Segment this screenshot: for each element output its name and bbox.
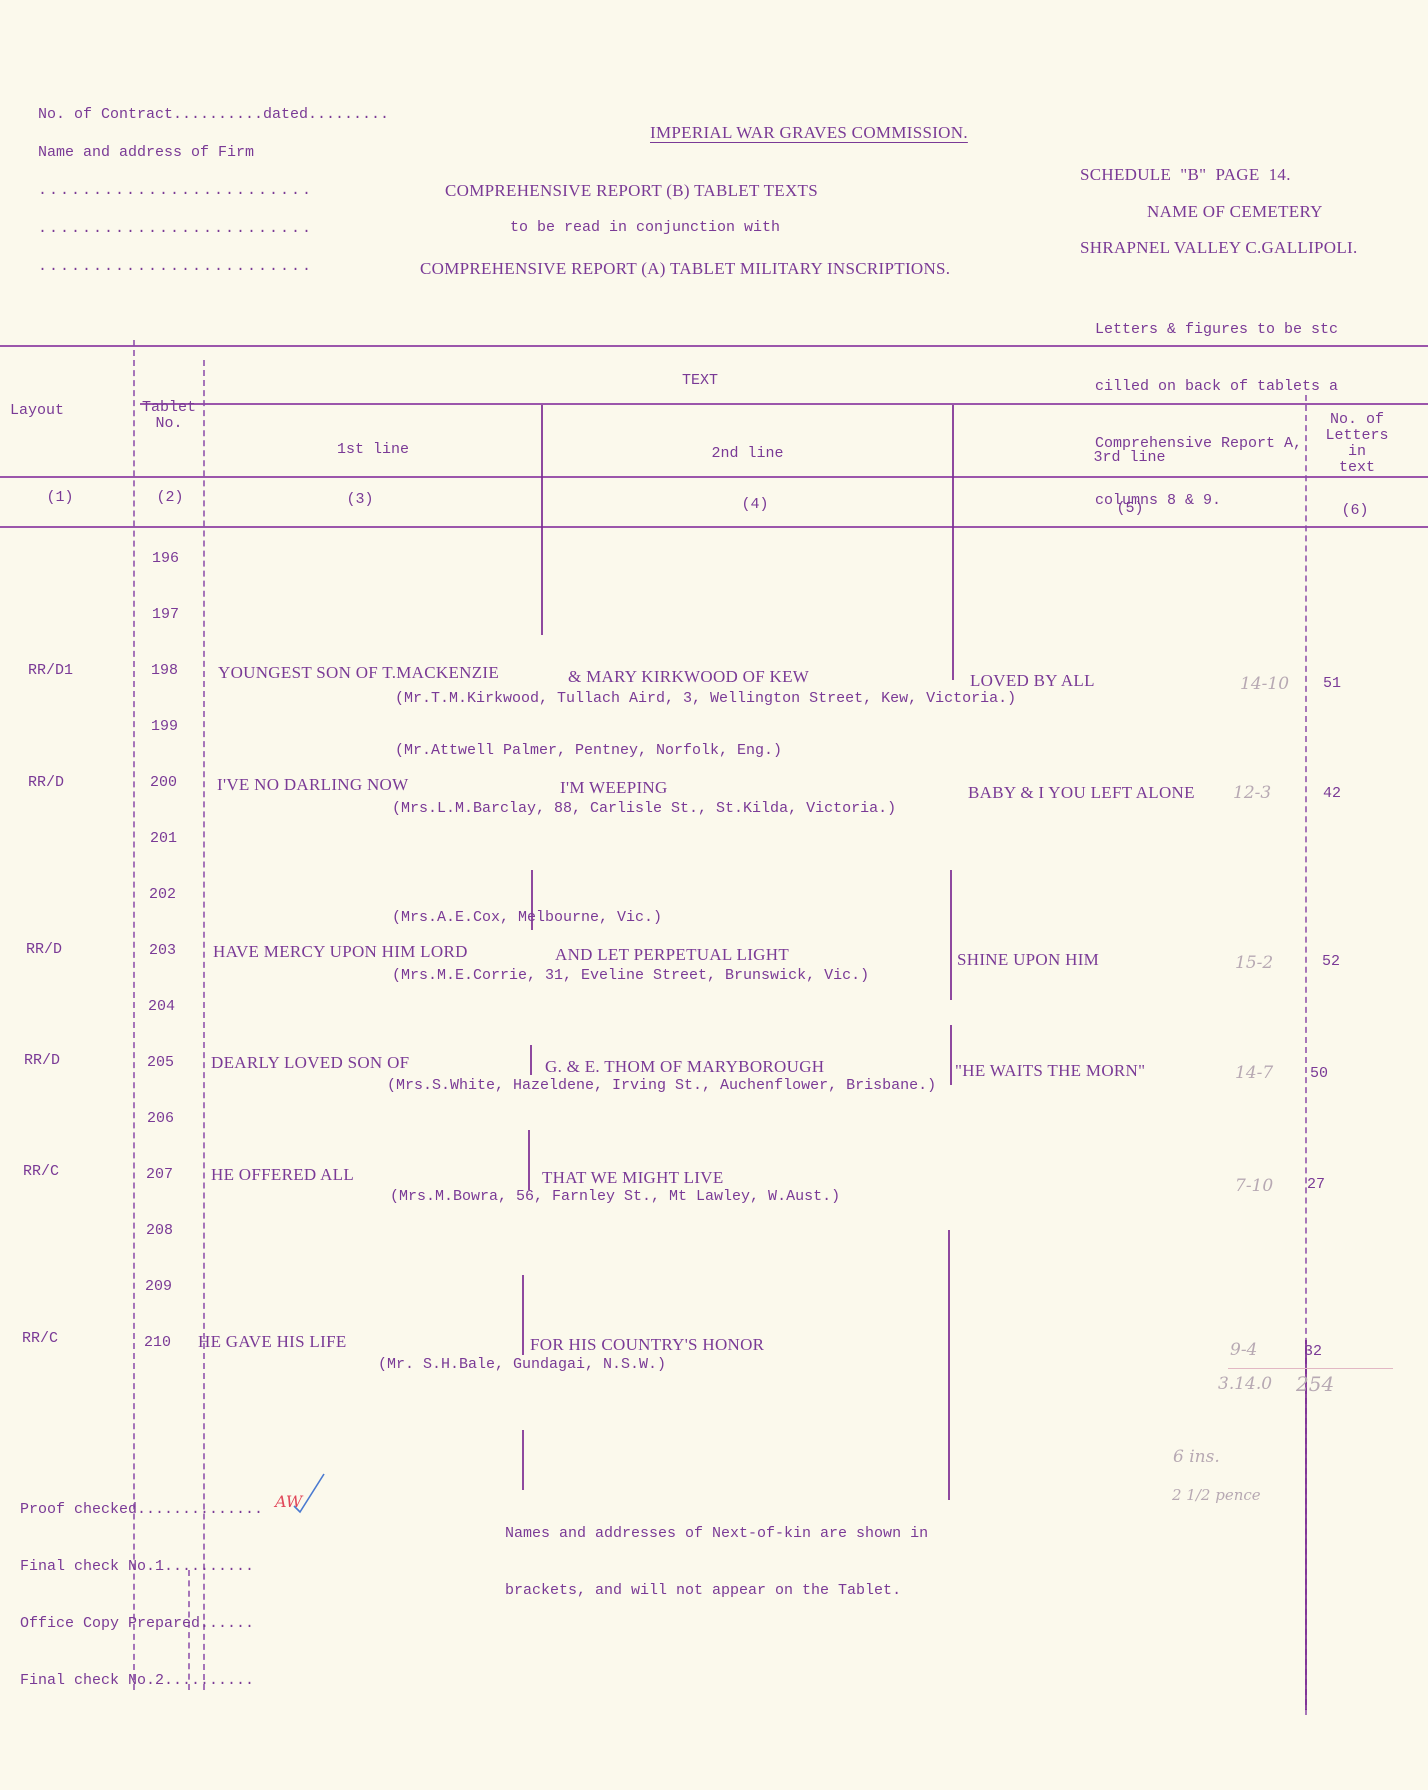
divider-segment [530, 1045, 532, 1075]
entry-letters: 27 [1307, 1176, 1325, 1193]
tablet-number: 200 [150, 774, 177, 791]
column-number-4: (4) [715, 496, 795, 513]
entry-layout: RR/C [22, 1330, 58, 1347]
entry-next-of-kin: (Mrs.M.Bowra, 56, Farnley St., Mt Lawley… [390, 1188, 840, 1205]
check-list: Proof checked.............. Final check … [20, 1462, 263, 1709]
column-header-letters: No. of Letters in text [1307, 412, 1407, 476]
entry-line2: G. & E. THOM OF MARYBOROUGH [545, 1057, 824, 1077]
entry-line1: HAVE MERCY UPON HIM LORD [213, 942, 468, 962]
final-check-2-field: Final check No.2.......... [20, 1671, 263, 1690]
column-header-line1: 1st line [205, 441, 541, 458]
tablet-number: 206 [147, 1110, 174, 1127]
tablet-number: 210 [144, 1334, 171, 1351]
entry-next-of-kin: (Mrs.A.E.Cox, Melbourne, Vic.) [392, 909, 662, 926]
tablet-number: 204 [148, 998, 175, 1015]
column-header-line3: 3rd line [954, 449, 1305, 466]
entry-pencil-note: 9-4 [1230, 1340, 1257, 1360]
report-a-title: COMPREHENSIVE REPORT (A) TABLET MILITARY… [420, 259, 950, 279]
tablet-number: 205 [147, 1054, 174, 1071]
entry-line1: HE OFFERED ALL [211, 1165, 354, 1185]
entry-next-of-kin: (Mrs.M.E.Corrie, 31, Eveline Street, Bru… [392, 967, 869, 984]
entry-letters: 50 [1310, 1065, 1328, 1082]
divider-segment [522, 1275, 524, 1355]
entry-next-of-kin: (Mr. S.H.Bale, Gundagai, N.S.W.) [378, 1356, 666, 1373]
entry-line2: & MARY KIRKWOOD OF KEW [568, 667, 809, 687]
tablet-number: 196 [152, 550, 179, 567]
entry-line3: BABY & I YOU LEFT ALONE [968, 783, 1195, 803]
schedule-page: SCHEDULE "B" PAGE 14. [1080, 165, 1291, 185]
pencil-total: 3.14.0 [1218, 1374, 1272, 1394]
office-copy-field: Office Copy Prepared...... [20, 1614, 263, 1633]
column-number-2: (2) [140, 489, 200, 506]
tablet-number: 203 [149, 942, 176, 959]
column-number-6: (6) [1315, 502, 1395, 519]
entry-line2: THAT WE MIGHT LIVE [542, 1168, 724, 1188]
entry-line1: HE GAVE HIS LIFE [198, 1332, 347, 1352]
entry-layout: RR/D [26, 941, 62, 958]
tablet-number: 208 [146, 1222, 173, 1239]
tablet-number: 198 [151, 662, 178, 679]
cemetery-label: NAME OF CEMETERY [1147, 202, 1323, 222]
entry-layout: RR/D [28, 774, 64, 791]
entry-next-of-kin: (Mr.Attwell Palmer, Pentney, Norfolk, En… [395, 742, 782, 759]
tablet-number: 197 [152, 606, 179, 623]
column-header-layout: Layout [10, 402, 64, 419]
entry-pencil-note: 15-2 [1235, 953, 1273, 973]
entry-layout: RR/D1 [28, 662, 73, 679]
divider-segment [950, 870, 952, 1000]
entry-line2: FOR HIS COUNTRY'S HONOR [530, 1335, 764, 1355]
entry-letters: 32 [1304, 1343, 1322, 1360]
entry-pencil-note: 14-7 [1235, 1063, 1273, 1083]
totals-rule [1228, 1368, 1393, 1369]
entry-line1: YOUNGEST SON OF T.MACKENZIE [218, 663, 499, 683]
entry-letters: 51 [1323, 675, 1341, 692]
column-number-rule [0, 526, 1428, 528]
entry-line3: LOVED BY ALL [970, 671, 1095, 691]
report-b-title: COMPREHENSIVE REPORT (B) TABLET TEXTS [445, 181, 818, 201]
check-mark-icon [290, 1470, 330, 1515]
column-header-tablet: Tablet No. [135, 400, 203, 432]
final-check-1-field: Final check No.1.......... [20, 1557, 263, 1576]
column-number-1: (1) [20, 489, 100, 506]
entry-line1: I'VE NO DARLING NOW [217, 775, 408, 795]
entry-pencil-note: 7-10 [1235, 1176, 1273, 1196]
entry-layout: RR/D [24, 1052, 60, 1069]
entry-pencil-note: 14-10 [1240, 674, 1289, 694]
entry-pencil-note: 12-3 [1233, 783, 1271, 803]
column-header-line2: 2nd line [543, 445, 952, 462]
column-number-5: (5) [1090, 500, 1170, 517]
text-group-header: TEXT [640, 372, 760, 389]
entry-letters: 42 [1323, 785, 1341, 802]
firm-label: Name and address of Firm [38, 144, 254, 161]
stencil-note-line: cilled on back of tablets a [1095, 377, 1338, 396]
divider-segment [948, 1230, 950, 1500]
note-line: Names and addresses of Next-of-kin are s… [505, 1524, 928, 1543]
pencil-note-cost: 2 1/2 pence [1172, 1486, 1261, 1504]
entry-next-of-kin: (Mr.T.M.Kirkwood, Tullach Aird, 3, Welli… [395, 690, 1016, 707]
conjunction-text: to be read in conjunction with [510, 219, 780, 236]
tablet-number: 207 [146, 1166, 173, 1183]
tablet-number: 201 [150, 830, 177, 847]
text-group-rule [140, 403, 1428, 405]
stencil-note: Letters & figures to be stc cilled on ba… [1095, 282, 1338, 529]
cemetery-name: SHRAPNEL VALLEY C.GALLIPOLI. [1080, 238, 1358, 258]
entry-letters: 52 [1322, 953, 1340, 970]
column-number-3: (3) [320, 491, 400, 508]
entry-next-of-kin: (Mrs.S.White, Hazeldene, Irving St., Auc… [387, 1077, 936, 1094]
line1-column-divider [541, 405, 543, 635]
entry-line3: "HE WAITS THE MORN" [955, 1061, 1145, 1081]
stencil-note-line: Letters & figures to be stc [1095, 320, 1338, 339]
divider-segment [950, 1025, 952, 1085]
proof-checked-field: Proof checked.............. [20, 1500, 263, 1519]
header-rule [0, 476, 1428, 478]
letters-total: 254 [1296, 1372, 1334, 1396]
entry-line1: DEARLY LOVED SON OF [211, 1053, 409, 1073]
entry-line3: SHINE UPON HIM [957, 950, 1099, 970]
contract-number-field: No. of Contract..........dated......... [38, 106, 389, 123]
next-of-kin-note: Names and addresses of Next-of-kin are s… [505, 1486, 928, 1619]
entry-layout: RR/C [23, 1163, 59, 1180]
entry-line2: AND LET PERPETUAL LIGHT [555, 945, 789, 965]
line2-column-divider [952, 405, 954, 680]
pencil-note-size: 6 ins. [1173, 1447, 1220, 1467]
divider-segment [522, 1430, 524, 1490]
commission-title: IMPERIAL WAR GRAVES COMMISSION. [650, 123, 968, 143]
firm-dots-2: ......................... [38, 220, 313, 237]
note-line: brackets, and will not appear on the Tab… [505, 1581, 928, 1600]
divider-segment [528, 1130, 530, 1190]
firm-dots-3: ......................... [38, 258, 313, 275]
table-top-rule [0, 345, 1428, 347]
firm-dots-1: ......................... [38, 182, 313, 199]
tablet-number: 199 [151, 718, 178, 735]
entry-next-of-kin: (Mrs.L.M.Barclay, 88, Carlisle St., St.K… [392, 800, 896, 817]
tablet-number: 202 [149, 886, 176, 903]
tablet-number: 209 [145, 1278, 172, 1295]
entry-line2: I'M WEEPING [560, 778, 668, 798]
